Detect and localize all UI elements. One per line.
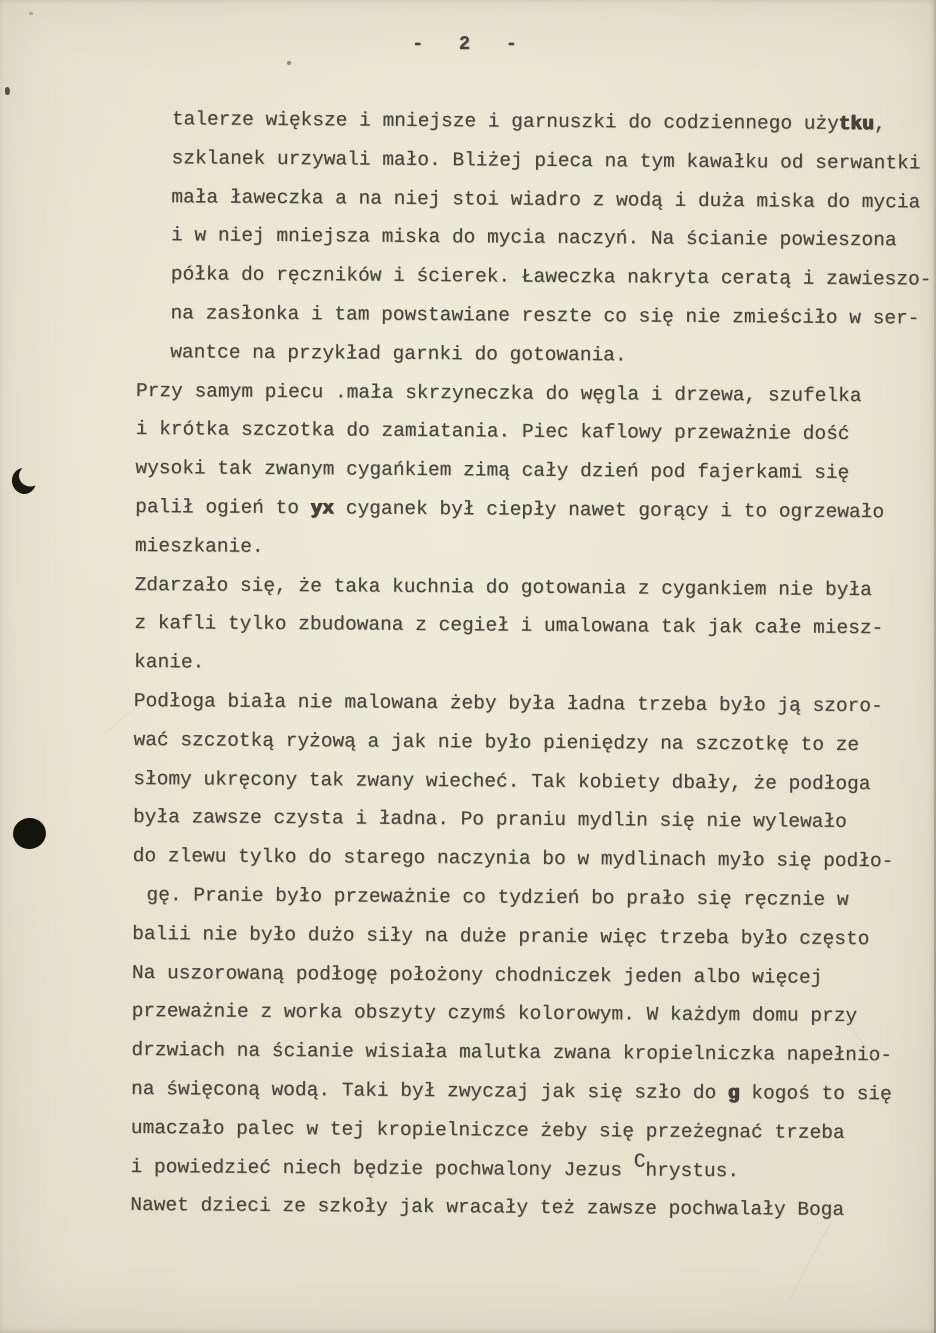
page-number: - 2 - [0, 33, 936, 55]
text-line: i krótka szczotka do zamiatania. Piec ka… [136, 410, 928, 454]
text-line: wysoki tak zwanym cygańkiem zimą cały dz… [135, 449, 927, 493]
text-line: gę. Pranie było przeważnie co tydzień bo… [132, 876, 924, 920]
overstruck-text: yx [311, 497, 335, 519]
text-line: i w niej mniejsza miska do mycia naczyń.… [137, 216, 929, 260]
text-line: szklanek urzywali mało. Bliżej pieca na … [137, 139, 929, 183]
text-line: drzwiach na ścianie wisiała malutka zwan… [131, 1031, 923, 1075]
text-line: przeważnie z worka obszyty czymś kolorow… [131, 992, 923, 1036]
text-line: wać szczotką ryżową a jak nie było pieni… [133, 721, 925, 765]
ink-speck [421, 116, 424, 119]
text-line: balii nie było dużo siły na duże pranie … [132, 915, 924, 959]
overstruck-text: tku [839, 113, 874, 135]
text-line: mieszkanie. [135, 527, 927, 571]
text-line: talerze większe i mniejsze i garnuszki d… [138, 100, 930, 144]
text-line: półka do ręczników i ścierek. Ławeczka n… [137, 255, 929, 299]
text-line: Zdarzało się, że taka kuchnia do gotowan… [134, 566, 926, 610]
text-line: mała ławeczka a na niej stoi wiadro z wo… [137, 178, 929, 222]
text-line: z kafli tylko zbudowana z cegieł i umalo… [134, 604, 926, 648]
ink-speck [287, 61, 291, 65]
crescent-ink-mark [11, 464, 43, 500]
text-line: na święconą wodą. Taki był zwyczaj jak s… [131, 1070, 923, 1114]
text-line: Nawet dzieci ze szkoły jak wracały też z… [130, 1186, 922, 1230]
text-line: palił ogień to yx cyganek był ciepły naw… [135, 488, 927, 532]
text-line: Na uszorowaną podłogę położony chodnicze… [132, 954, 924, 998]
text-line: była zawsze czysta i ładna. Po praniu my… [133, 798, 925, 842]
text-line: na zasłonka i tam powstawiane reszte co … [136, 294, 928, 338]
ink-speck [29, 12, 33, 15]
overstruck-text: g [728, 1082, 740, 1104]
text-line: wantce na przykład garnki do gotowania. [136, 333, 928, 377]
scanned-page: { "page": { "number_label": "- 2 -" }, "… [0, 0, 936, 1333]
ink-speck [5, 87, 10, 95]
text-line: umaczało palec w tej kropielniczce żeby … [131, 1109, 923, 1153]
text-line: i powiedzieć niech będzie pochwalony Jez… [130, 1147, 922, 1191]
text-line: słomy ukręcony tak zwany wiecheć. Tak ko… [133, 760, 925, 804]
text-line: Podłoga biała nie malowana żeby była ład… [134, 682, 926, 726]
text-line: do zlewu tylko do starego naczynia bo w … [133, 837, 925, 881]
text-line: kanie. [134, 643, 926, 687]
raised-letter: C [634, 1150, 646, 1172]
document-text: talerze większe i mniejsze i garnuszki d… [130, 100, 930, 1231]
text-line: Przy samym piecu .mała skrzyneczka do wę… [136, 372, 928, 416]
